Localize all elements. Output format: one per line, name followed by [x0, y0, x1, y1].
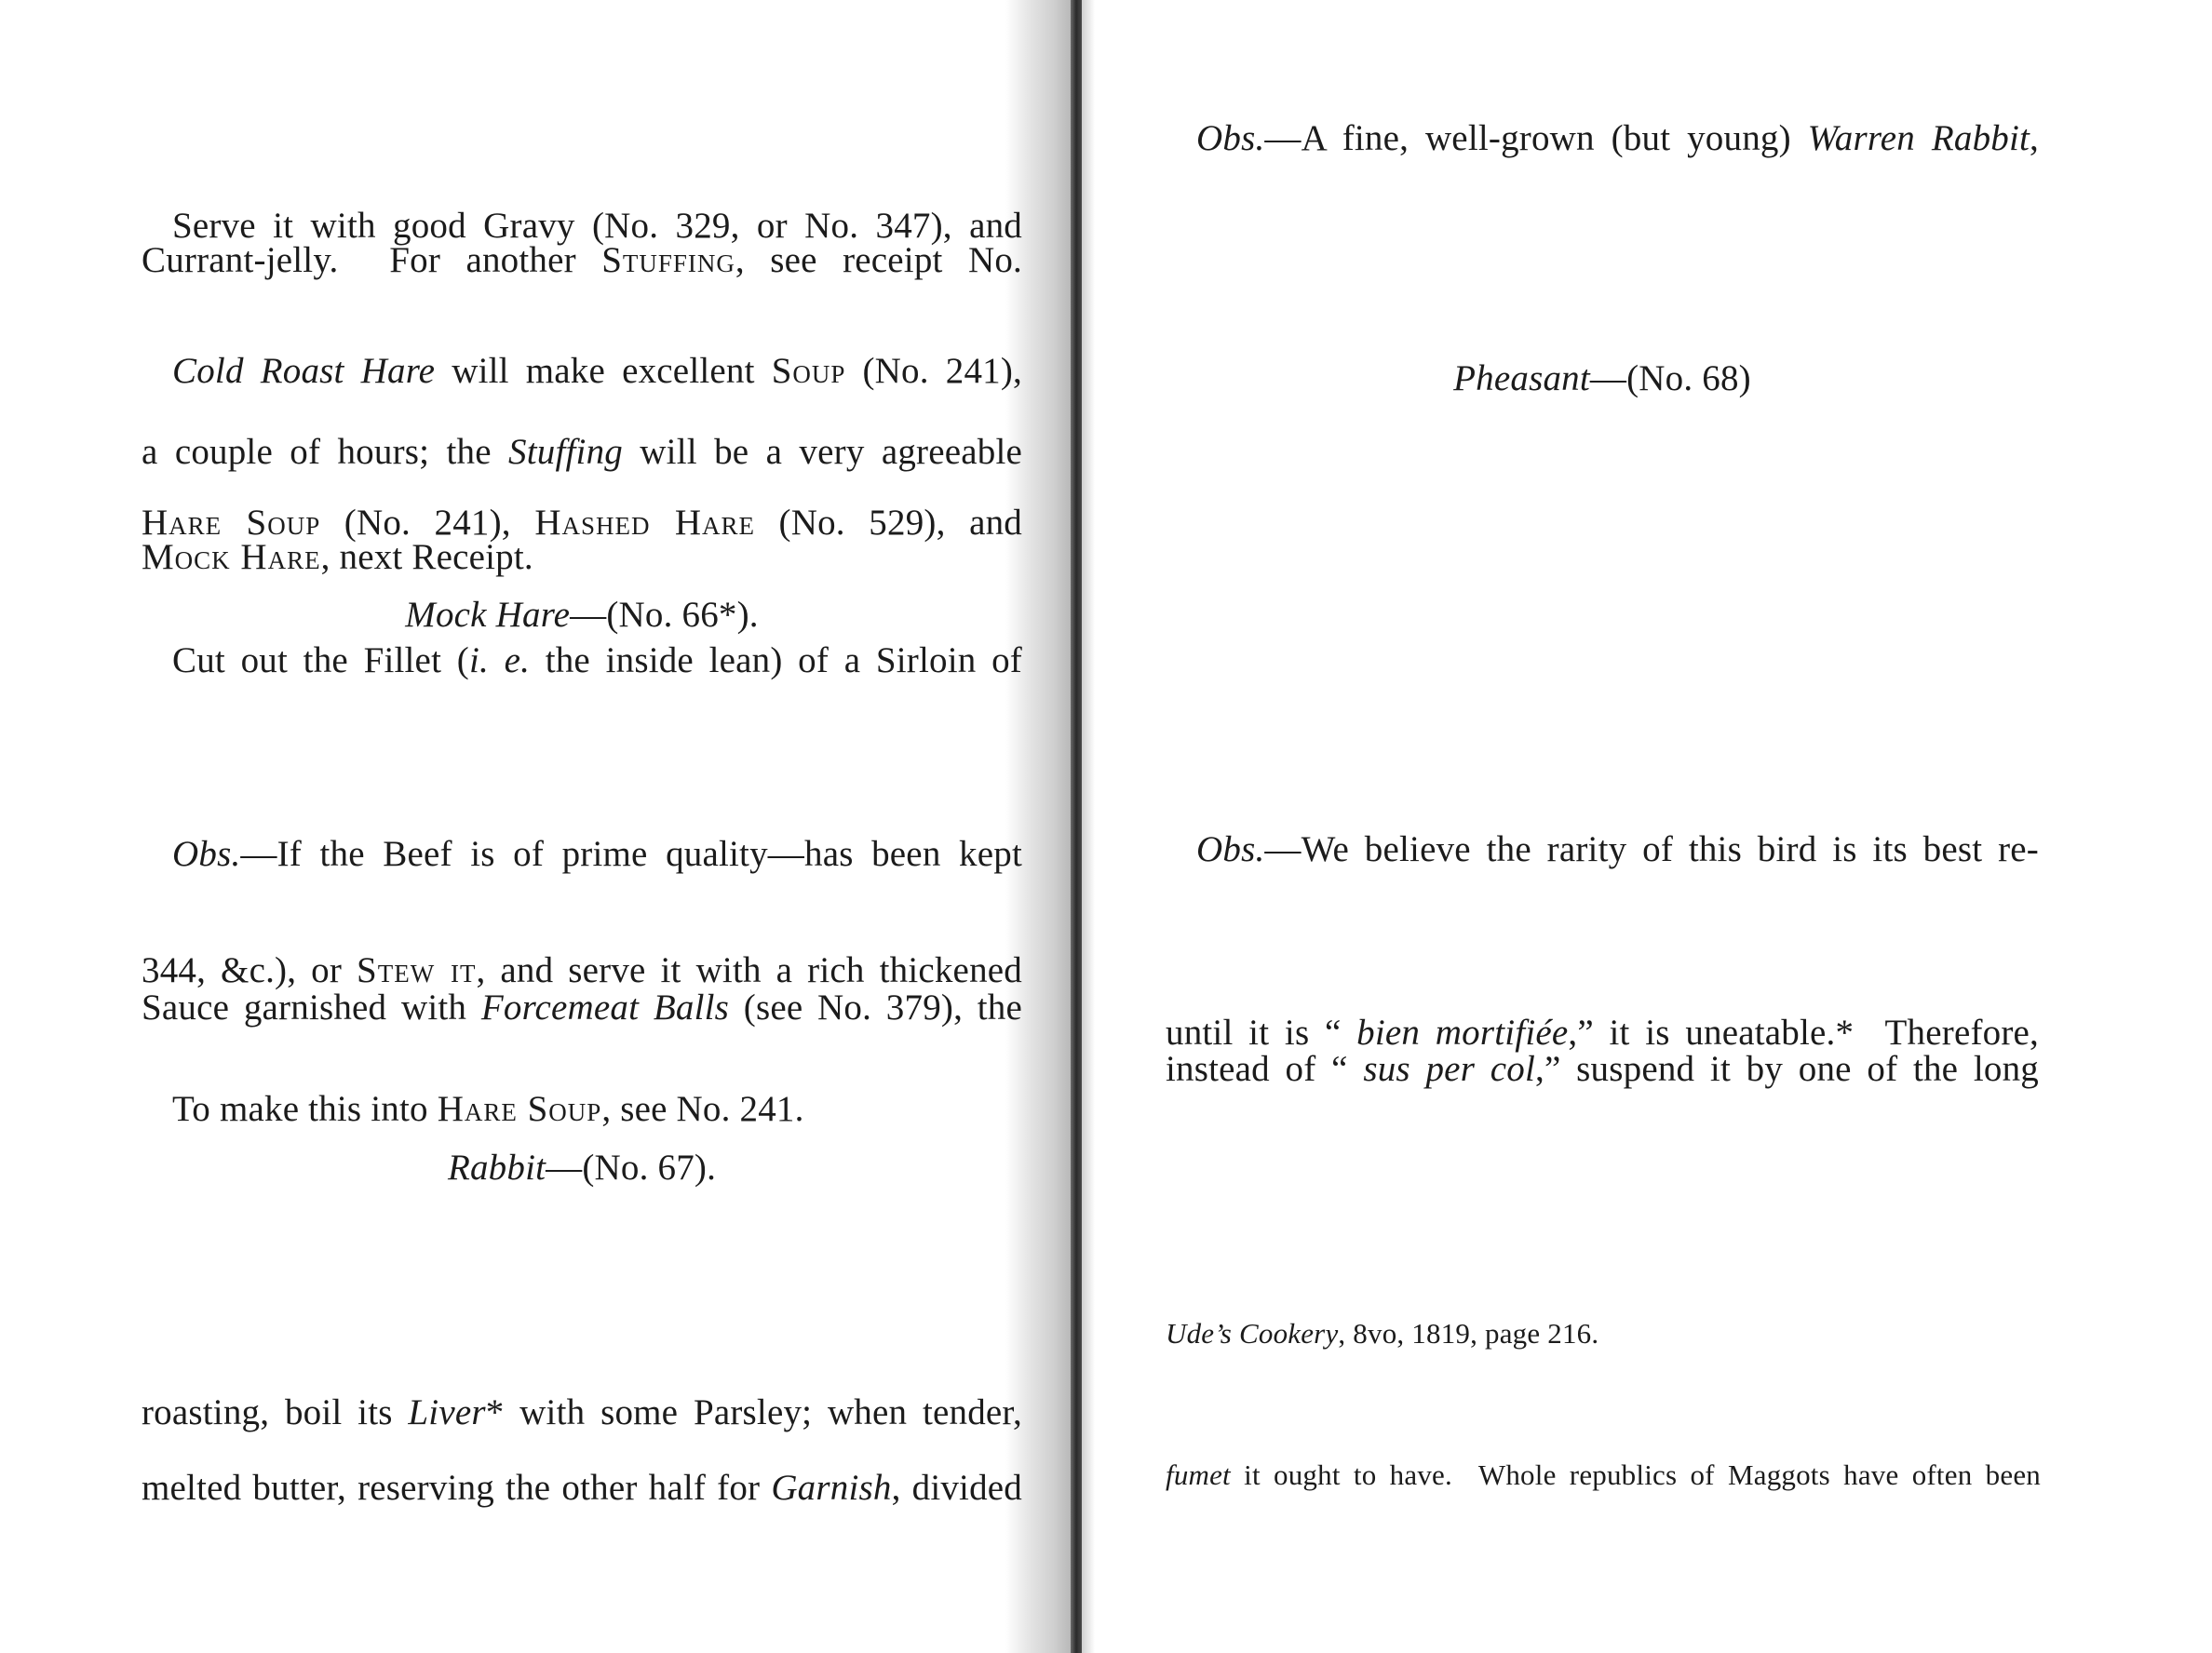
text-line: To make this into Hare Soup, see No. 241…	[172, 1089, 1022, 1130]
text-line: Obs.—We believe the rarity of this bird …	[1196, 829, 2039, 870]
footnote-line: Ude’s Cookery, 8vo, 1819, page 216.	[1166, 1317, 2041, 1351]
recipe-heading-rabbit: Rabbit—(No. 67).	[142, 1148, 1022, 1189]
footnote-line: fumet it ought to have. Whole republics …	[1166, 1458, 2041, 1492]
recipe-heading-pheasant: Pheasant—(No. 68)	[1166, 358, 2039, 399]
text-line: roasting, boil its Liver* with some Pars…	[142, 1392, 1022, 1433]
text-line: until it is “ bien mortifiée,” it is une…	[1166, 1013, 2039, 1054]
text-line: instead of “ sus per col,” suspend it by…	[1166, 1049, 2039, 1090]
book-gutter-fade	[1082, 0, 1095, 1653]
text-line: Mock Hare, next Receipt.	[142, 537, 1022, 578]
text-line: Obs.—If the Beef is of prime quality—has…	[172, 834, 1022, 875]
text-line: Currant-jelly. For another Stuffing, see…	[142, 240, 1022, 281]
text-line: Sauce garnished with Forcemeat Balls (se…	[142, 988, 1022, 1028]
right-page	[1080, 0, 2212, 1653]
text-line: Obs.—A fine, well-grown (but young) Warr…	[1196, 118, 2039, 159]
text-line: Cut out the Fillet (i. e. the inside lea…	[172, 640, 1022, 681]
text-line: Cold Roast Hare will make excellent Soup…	[172, 351, 1022, 392]
text-line: a couple of hours; the Stuffing will be …	[142, 432, 1022, 473]
text-line: 344, &c.), or Stew it, and serve it with…	[142, 950, 1022, 991]
recipe-heading-mock-hare: Mock Hare—(No. 66*).	[142, 595, 1022, 636]
book-spine-line	[1071, 0, 1082, 1653]
text-line: melted butter, reserving the other half …	[142, 1468, 1022, 1509]
